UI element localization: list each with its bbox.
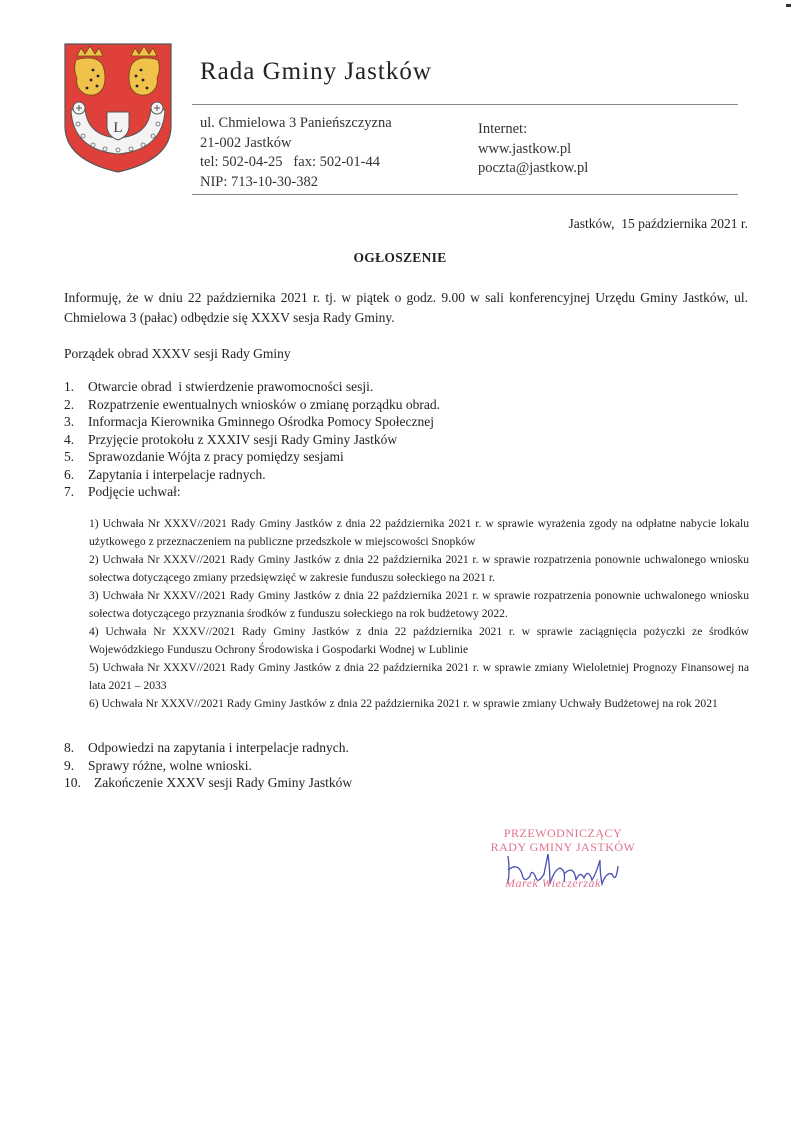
agenda-list: 1.Otwarcie obrad i stwierdzenie prawomoc… (64, 378, 754, 501)
email-link[interactable]: poczta@jastkow.pl (478, 159, 588, 179)
resolution-item: 5) Uchwała Nr XXXV//2021 Rady Gminy Jast… (89, 659, 749, 695)
agenda-item-text: Odpowiedzi na zapytania i interpelacje r… (88, 739, 754, 757)
agenda-item-number: 10. (64, 774, 94, 792)
stamp-title: PRZEWODNICZĄCY (468, 826, 658, 840)
agenda-item-number: 5. (64, 448, 88, 466)
resolution-item: 6) Uchwała Nr XXXV//2021 Rady Gminy Jast… (89, 695, 749, 713)
intro-paragraph: Informuję, że w dniu 22 października 202… (64, 288, 748, 328)
resolutions-list: 1) Uchwała Nr XXXV//2021 Rady Gminy Jast… (89, 515, 749, 714)
agenda-title: Porządek obrad XXXV sesji Rady Gminy (64, 346, 291, 362)
agenda-item: 1.Otwarcie obrad i stwierdzenie prawomoc… (64, 378, 754, 396)
agenda-item-text: Sprawozdanie Wójta z pracy pomiędzy sesj… (88, 448, 754, 466)
agenda-item-number: 7. (64, 483, 88, 501)
agenda-item-number: 1. (64, 378, 88, 396)
agenda-item-text: Zapytania i interpelacje radnych. (88, 466, 754, 484)
agenda-item: 10.Zakończenie XXXV sesji Rady Gminy Jas… (64, 774, 754, 792)
agenda-list-continued: 8.Odpowiedzi na zapytania i interpelacje… (64, 739, 754, 792)
agenda-item-number: 3. (64, 413, 88, 431)
postal-address: ul. Chmielowa 3 Panieńszczyzna 21-002 Ja… (200, 114, 392, 192)
agenda-item-text: Otwarcie obrad i stwierdzenie prawomocno… (88, 378, 754, 396)
agenda-item: 3.Informacja Kierownika Gminnego Ośrodka… (64, 413, 754, 431)
agenda-item: 5.Sprawozdanie Wójta z pracy pomiędzy se… (64, 448, 754, 466)
website-link[interactable]: www.jastkow.pl (478, 140, 588, 160)
contact-info: Internet: www.jastkow.pl poczta@jastkow.… (478, 120, 588, 179)
header-divider-bottom (192, 194, 738, 195)
agenda-item-text: Przyjęcie protokołu z XXXIV sesji Rady G… (88, 431, 754, 449)
agenda-item-number: 9. (64, 757, 88, 775)
agenda-item-text: Informacja Kierownika Gminnego Ośrodka P… (88, 413, 754, 431)
resolution-item: 3) Uchwała Nr XXXV//2021 Rady Gminy Jast… (89, 587, 749, 623)
agenda-item: 4.Przyjęcie protokołu z XXXIV sesji Rady… (64, 431, 754, 449)
header-divider-top (192, 104, 738, 105)
resolution-item: 1) Uchwała Nr XXXV//2021 Rady Gminy Jast… (89, 515, 749, 551)
address-street: ul. Chmielowa 3 Panieńszczyzna (200, 114, 392, 134)
agenda-item-number: 6. (64, 466, 88, 484)
svg-text:L: L (113, 120, 122, 136)
agenda-item: 7.Podjęcie uchwał: (64, 483, 754, 501)
coat-of-arms-icon: L (63, 42, 173, 174)
agenda-item: 8.Odpowiedzi na zapytania i interpelacje… (64, 739, 754, 757)
contact-label: Internet: (478, 120, 588, 140)
stamp-name: Marek Wieczerzak (505, 876, 601, 891)
address-phone: tel: 502-04-25 fax: 502-01-44 (200, 153, 392, 173)
agenda-item: 9.Sprawy różne, wolne wnioski. (64, 757, 754, 775)
document-date: Jastków, 15 października 2021 r. (569, 216, 748, 232)
document-heading: OGŁOSZENIE (0, 250, 800, 266)
organization-title: Rada Gminy Jastków (200, 58, 432, 86)
agenda-item-number: 8. (64, 739, 88, 757)
resolution-item: 2) Uchwała Nr XXXV//2021 Rady Gminy Jast… (89, 551, 749, 587)
agenda-item-text: Podjęcie uchwał: (88, 483, 754, 501)
scan-artifact (786, 4, 791, 7)
agenda-item-number: 4. (64, 431, 88, 449)
address-nip: NIP: 713-10-30-382 (200, 173, 392, 193)
agenda-item: 6.Zapytania i interpelacje radnych. (64, 466, 754, 484)
agenda-item: 2.Rozpatrzenie ewentualnych wniosków o z… (64, 396, 754, 414)
resolution-item: 4) Uchwała Nr XXXV//2021 Rady Gminy Jast… (89, 623, 749, 659)
agenda-item-number: 2. (64, 396, 88, 414)
agenda-item-text: Sprawy różne, wolne wnioski. (88, 757, 754, 775)
address-city: 21-002 Jastków (200, 134, 392, 154)
agenda-item-text: Rozpatrzenie ewentualnych wniosków o zmi… (88, 396, 754, 414)
agenda-item-text: Zakończenie XXXV sesji Rady Gminy Jastkó… (94, 774, 754, 792)
